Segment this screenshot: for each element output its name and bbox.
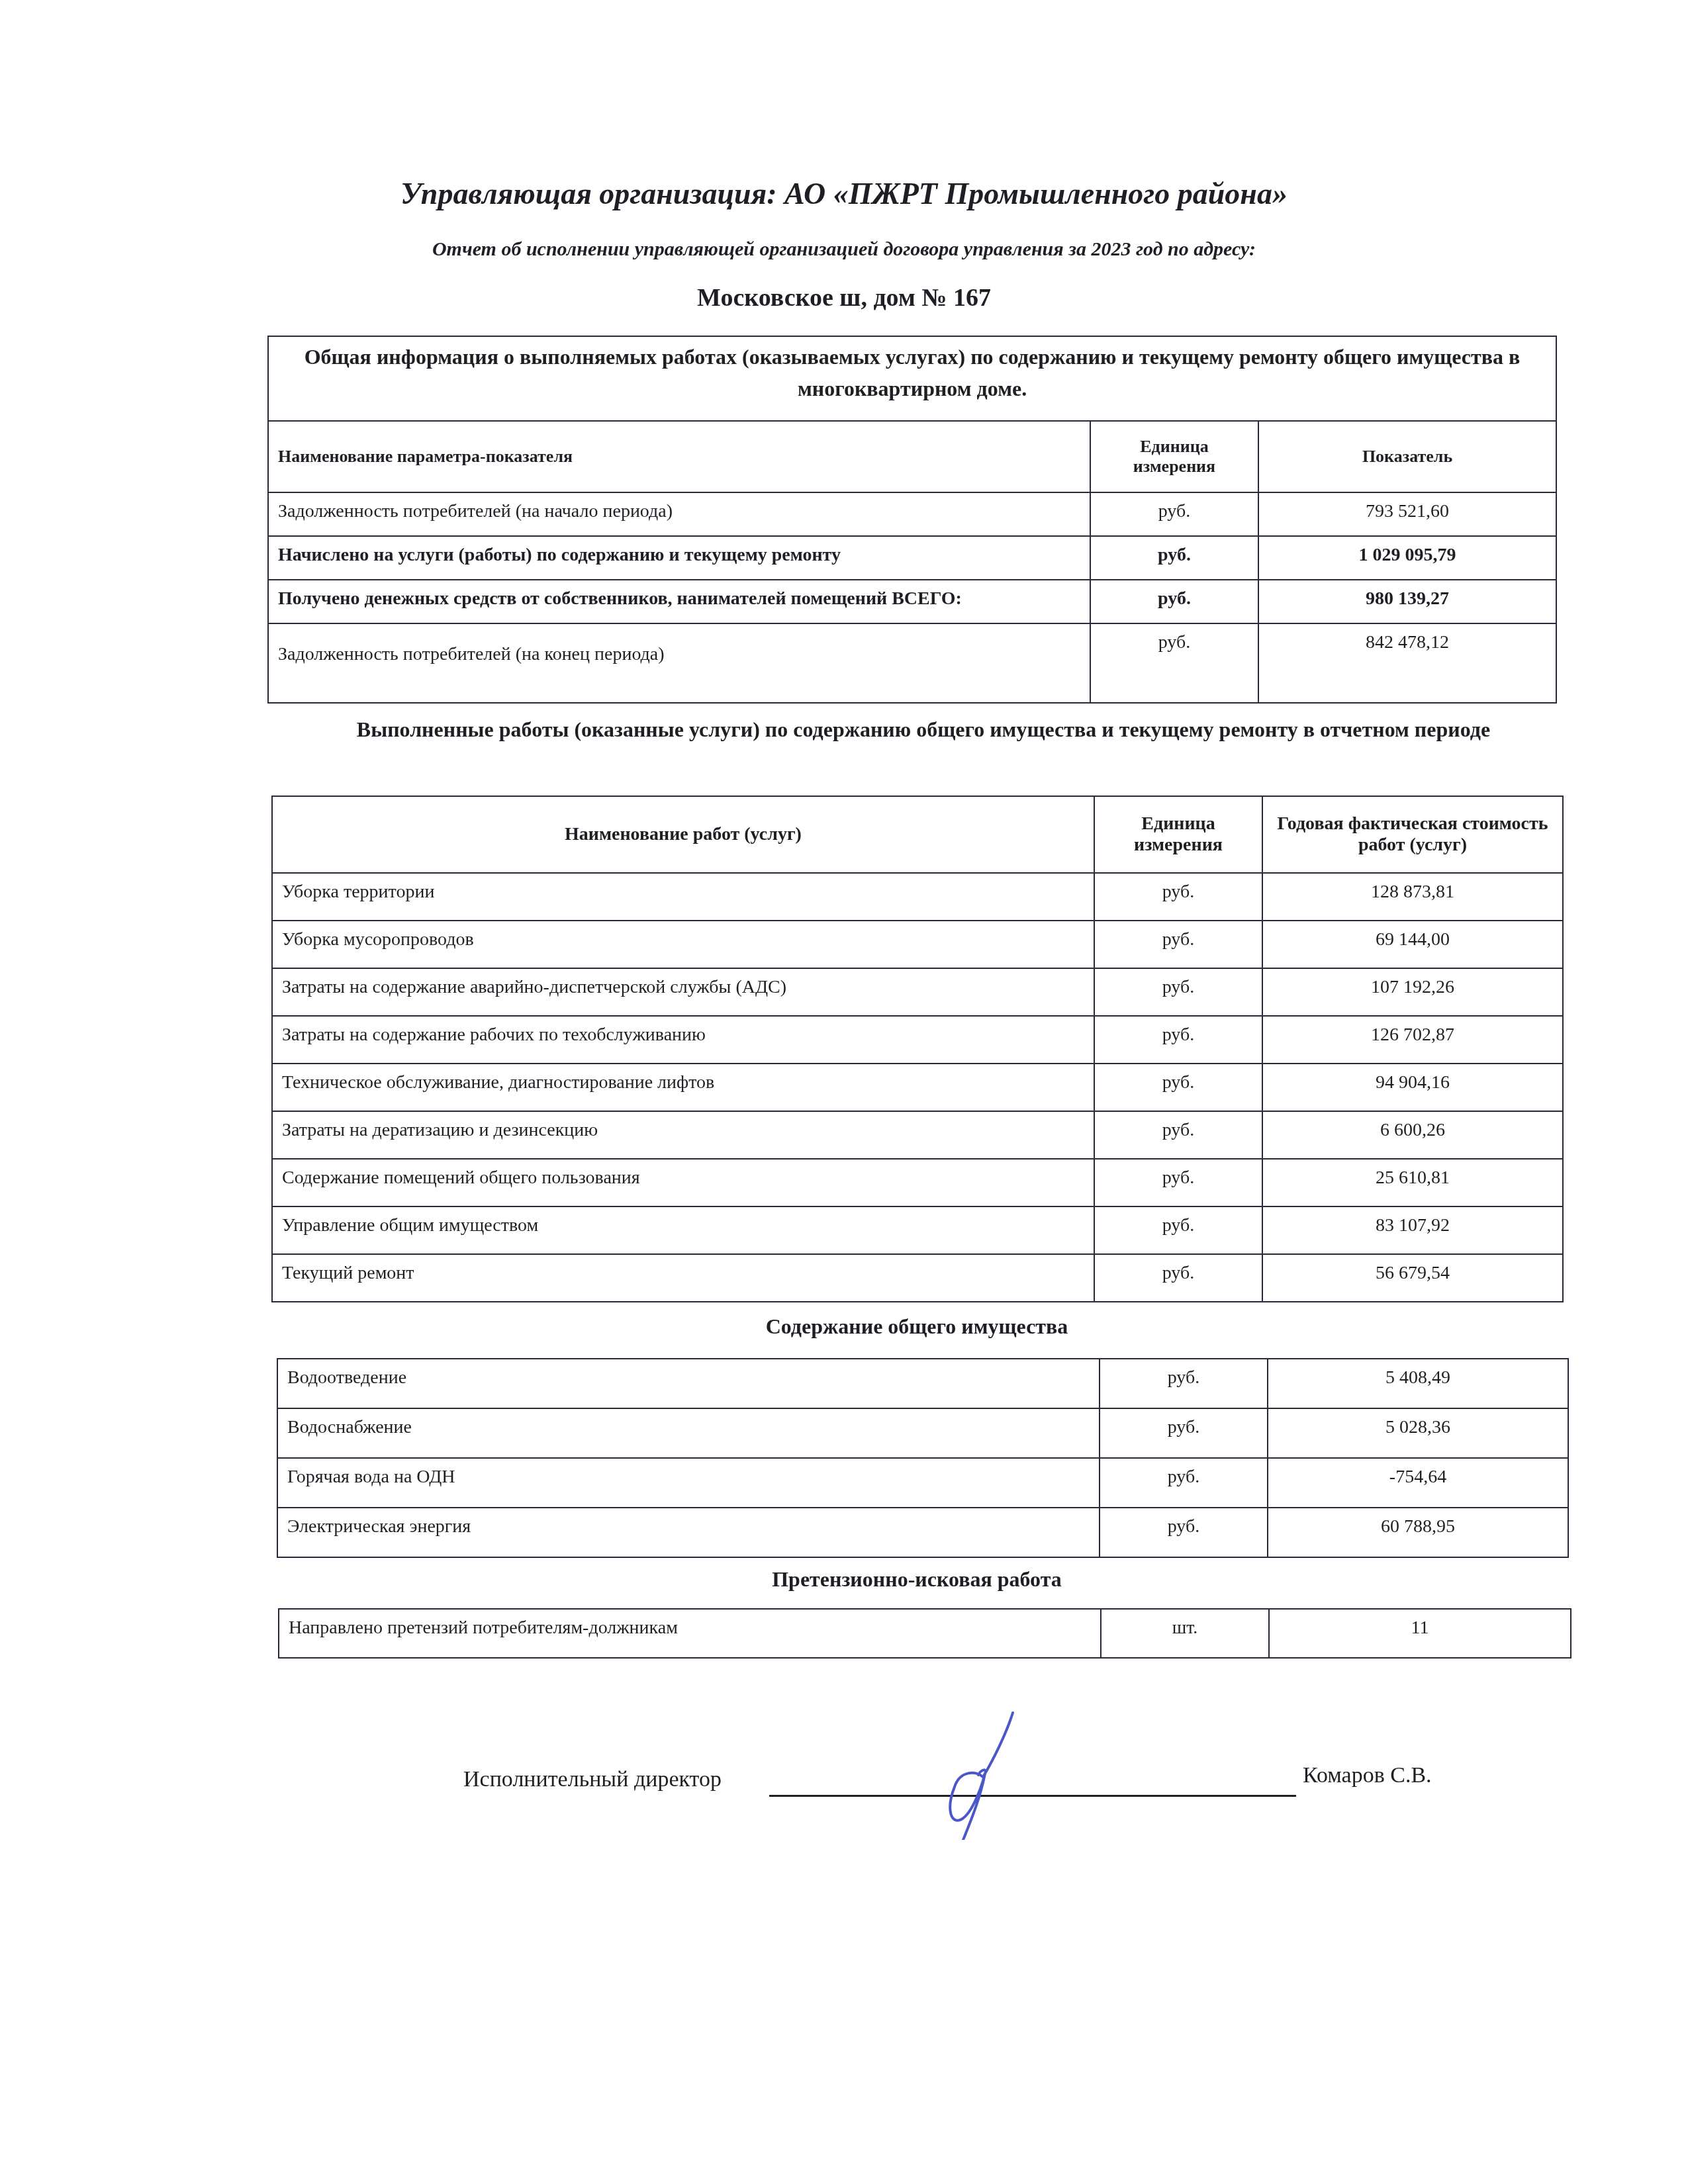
table-row: Водоотведениеруб.5 408,49	[277, 1359, 1568, 1408]
row-unit: руб.	[1094, 873, 1262, 921]
row-unit: руб.	[1100, 1458, 1268, 1508]
works-table: Наименование работ (услуг) Единица измер…	[271, 796, 1564, 1302]
table-row: Электрическая энергияруб.60 788,95	[277, 1508, 1568, 1557]
row-unit: руб.	[1094, 968, 1262, 1016]
column-header-parameter: Наименование параметра-показателя	[268, 421, 1090, 492]
row-value: 60 788,95	[1268, 1508, 1568, 1557]
table-row: Задолженность потребителей (на конец пер…	[268, 623, 1556, 703]
organization-title: Управляющая организация: АО «ПЖРТ Промыш…	[0, 176, 1688, 211]
row-unit: руб.	[1094, 1064, 1262, 1111]
row-value: 126 702,87	[1262, 1016, 1563, 1064]
row-name: Уборка территории	[272, 873, 1094, 921]
row-value: 793 521,60	[1258, 492, 1556, 536]
row-value: 94 904,16	[1262, 1064, 1563, 1111]
row-value: 56 679,54	[1262, 1254, 1563, 1302]
table-row: Направлено претензий потребителям-должни…	[279, 1609, 1571, 1658]
row-unit: руб.	[1090, 492, 1258, 536]
signatory-name: Комаров С.В.	[1303, 1763, 1432, 1788]
table-row: Уборка территориируб.128 873,81	[272, 873, 1563, 921]
row-unit: руб.	[1100, 1359, 1268, 1408]
works-section-title: Выполненные работы (оказанные услуги) по…	[311, 713, 1536, 747]
row-unit: руб.	[1090, 580, 1258, 623]
table-row: Затраты на содержание аварийно-диспетчер…	[272, 968, 1563, 1016]
table-row: Управление общим имуществомруб.83 107,92	[272, 1206, 1563, 1254]
general-info-title: Общая информация о выполняемых работах (…	[268, 336, 1556, 421]
table-row: Горячая вода на ОДНруб.-754,64	[277, 1458, 1568, 1508]
row-unit: руб.	[1094, 921, 1262, 968]
row-name: Горячая вода на ОДН	[277, 1458, 1100, 1508]
row-value: 11	[1269, 1609, 1571, 1658]
row-unit: шт.	[1101, 1609, 1269, 1658]
row-value: 69 144,00	[1262, 921, 1563, 968]
row-value: 6 600,26	[1262, 1111, 1563, 1159]
table-row: Начислено на услуги (работы) по содержан…	[268, 536, 1556, 580]
row-value: 842 478,12	[1258, 623, 1556, 703]
report-subtitle: Отчет об исполнении управляющей организа…	[0, 238, 1688, 261]
row-value: 25 610,81	[1262, 1159, 1563, 1206]
row-unit: руб.	[1090, 623, 1258, 703]
row-unit: руб.	[1090, 536, 1258, 580]
row-name: Задолженность потребителей (на начало пе…	[268, 492, 1090, 536]
row-unit: руб.	[1094, 1159, 1262, 1206]
row-unit: руб.	[1100, 1508, 1268, 1557]
table-row: Водоснабжениеруб.5 028,36	[277, 1408, 1568, 1458]
table-row: Содержание помещений общего пользованияр…	[272, 1159, 1563, 1206]
row-name: Уборка мусоропроводов	[272, 921, 1094, 968]
claims-table: Направлено претензий потребителям-должни…	[278, 1608, 1571, 1659]
table-row: Затраты на дератизацию и дезинсекциюруб.…	[272, 1111, 1563, 1159]
address: Московское ш, дом № 167	[0, 283, 1688, 312]
row-name: Затраты на дератизацию и дезинсекцию	[272, 1111, 1094, 1159]
column-header-unit: Единица измерения	[1094, 796, 1262, 873]
row-name: Направлено претензий потребителям-должни…	[279, 1609, 1101, 1658]
table-row: Текущий ремонтруб.56 679,54	[272, 1254, 1563, 1302]
row-unit: руб.	[1094, 1206, 1262, 1254]
row-name: Техническое обслуживание, диагностирован…	[272, 1064, 1094, 1111]
row-value: 980 139,27	[1258, 580, 1556, 623]
row-name: Затраты на содержание рабочих по техобсл…	[272, 1016, 1094, 1064]
row-unit: руб.	[1094, 1111, 1262, 1159]
row-name: Электрическая энергия	[277, 1508, 1100, 1557]
table-row: Получено денежных средств от собственник…	[268, 580, 1556, 623]
row-unit: руб.	[1100, 1408, 1268, 1458]
general-info-table: Общая информация о выполняемых работах (…	[267, 336, 1557, 704]
row-value: 128 873,81	[1262, 873, 1563, 921]
table-row: Затраты на содержание рабочих по техобсл…	[272, 1016, 1563, 1064]
row-name: Управление общим имуществом	[272, 1206, 1094, 1254]
row-name: Содержание помещений общего пользования	[272, 1159, 1094, 1206]
table-row: Задолженность потребителей (на начало пе…	[268, 492, 1556, 536]
row-unit: руб.	[1094, 1254, 1262, 1302]
row-name: Водоотведение	[277, 1359, 1100, 1408]
row-value: -754,64	[1268, 1458, 1568, 1508]
row-unit: руб.	[1094, 1016, 1262, 1064]
row-value: 5 408,49	[1268, 1359, 1568, 1408]
row-value: 83 107,92	[1262, 1206, 1563, 1254]
table-row: Уборка мусоропроводовруб.69 144,00	[272, 921, 1563, 968]
row-value: 1 029 095,79	[1258, 536, 1556, 580]
row-name: Задолженность потребителей (на конец пер…	[268, 623, 1090, 703]
row-value: 107 192,26	[1262, 968, 1563, 1016]
handwritten-signature-icon	[914, 1707, 1066, 1840]
row-name: Текущий ремонт	[272, 1254, 1094, 1302]
signatory-position: Исполнительный директор	[463, 1767, 722, 1792]
common-property-table: Водоотведениеруб.5 408,49Водоснабжениеру…	[277, 1358, 1569, 1558]
column-header-work-name: Наименование работ (услуг)	[272, 796, 1094, 873]
common-property-title: Содержание общего имущества	[265, 1310, 1569, 1343]
row-value: 5 028,36	[1268, 1408, 1568, 1458]
row-name: Начислено на услуги (работы) по содержан…	[268, 536, 1090, 580]
row-name: Затраты на содержание аварийно-диспетчер…	[272, 968, 1094, 1016]
row-name: Получено денежных средств от собственник…	[268, 580, 1090, 623]
column-header-unit: Единица измерения	[1090, 421, 1258, 492]
table-row: Техническое обслуживание, диагностирован…	[272, 1064, 1563, 1111]
column-header-annual-cost: Годовая фактическая стоимость работ (усл…	[1262, 796, 1563, 873]
claims-section-title: Претензионно-исковая работа	[265, 1563, 1569, 1596]
row-name: Водоснабжение	[277, 1408, 1100, 1458]
column-header-value: Показатель	[1258, 421, 1556, 492]
